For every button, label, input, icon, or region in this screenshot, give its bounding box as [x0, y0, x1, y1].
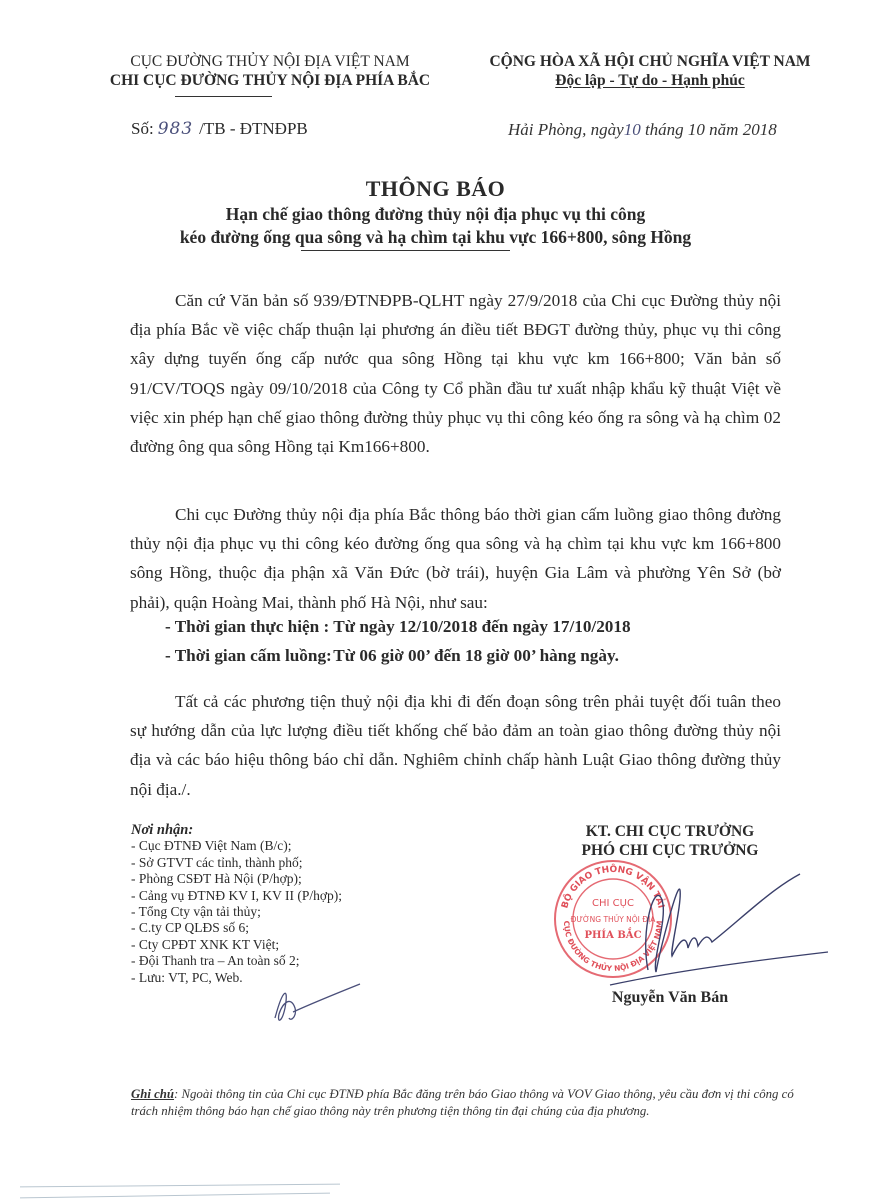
recipient-item: Đội Thanh tra – An toàn số 2; [131, 953, 342, 969]
schedule-label: - Thời gian cấm luồng: [165, 646, 305, 666]
recipient-item: Phòng CSĐT Hà Nội (P/hợp); [131, 871, 342, 887]
paragraph-text: Căn cứ Văn bản số 939/ĐTNĐPB-QLHT ngày 2… [130, 286, 781, 461]
paragraph-text: Tất cả các phương tiện thuỷ nội địa khi … [130, 687, 781, 804]
body-paragraph-2: Chi cục Đường thủy nội địa phía Bắc thôn… [130, 500, 781, 617]
schedule-execution-period: - Thời gian thực hiện : Từ ngày 12/10/20… [165, 617, 631, 637]
handwritten-signature-icon [600, 860, 830, 1000]
national-header: CỘNG HÒA XÃ HỘI CHỦ NGHĨA VIỆT NAM Độc l… [455, 52, 845, 90]
recipient-item: Cty CPĐT XNK KT Việt; [131, 937, 342, 953]
footnote-label: Ghi chú [131, 1087, 174, 1101]
recipient-item: Tổng Cty vận tải thủy; [131, 904, 342, 920]
agency-header: CỤC ĐƯỜNG THỦY NỘI ĐỊA VIỆT NAM CHI CỤC … [70, 52, 470, 90]
schedule-label: - Thời gian thực hiện : [165, 617, 305, 637]
scan-artifact-line [20, 1193, 330, 1199]
subtitle-line-2: kéo đường ống qua sông và hạ chìm tại kh… [0, 226, 871, 248]
footnote: Ghi chú: Ngoài thông tin của Chi cục ĐTN… [131, 1086, 811, 1119]
doc-number-label: Số: [131, 119, 154, 138]
issuing-agency: CHI CỤC ĐƯỜNG THỦY NỘI ĐỊA PHÍA BẮC [70, 71, 470, 90]
signing-authority: KT. CHI CỤC TRƯỞNG [540, 822, 800, 841]
doc-number-handwritten: 983 [158, 119, 193, 139]
schedule-value: Từ ngày 12/10/2018 đến ngày 17/10/2018 [333, 617, 630, 636]
signature-block-title: KT. CHI CỤC TRƯỞNG PHÓ CHI CỤC TRƯỞNG [540, 822, 800, 860]
recipient-item: Cảng vụ ĐTNĐ KV I, KV II (P/hợp); [131, 888, 342, 904]
schedule-closure-hours: - Thời gian cấm luồng: Từ 06 giờ 00’ đến… [165, 646, 619, 666]
doc-number-suffix: /TB - ĐTNĐPB [199, 119, 308, 138]
recipient-item: Cục ĐTNĐ Việt Nam (B/c); [131, 838, 342, 854]
body-paragraph-1: Căn cứ Văn bản số 939/ĐTNĐPB-QLHT ngày 2… [130, 286, 781, 461]
country-name: CỘNG HÒA XÃ HỘI CHỦ NGHĨA VIỆT NAM [455, 52, 845, 71]
recipients-items: Cục ĐTNĐ Việt Nam (B/c);Sở GTVT các tỉnh… [131, 838, 342, 986]
place-date-prefix: Hải Phòng, ngày [508, 120, 624, 139]
initials-icon [255, 978, 365, 1028]
recipients-list: Nơi nhận: Cục ĐTNĐ Việt Nam (B/c);Sở GTV… [131, 822, 342, 986]
parent-agency: CỤC ĐƯỜNG THỦY NỘI ĐỊA VIỆT NAM [70, 52, 470, 71]
recipient-item: C.ty CP QLĐS số 6; [131, 920, 342, 936]
footnote-text: : Ngoài thông tin của Chi cục ĐTNĐ phía … [131, 1087, 794, 1118]
body-paragraph-3: Tất cả các phương tiện thuỷ nội địa khi … [130, 687, 781, 804]
recipient-item: Sở GTVT các tỉnh, thành phố; [131, 855, 342, 871]
place-date-suffix: tháng 10 năm 2018 [645, 120, 777, 139]
scan-artifact-line [20, 1184, 340, 1188]
national-motto: Độc lập - Tự do - Hạnh phúc [555, 72, 744, 89]
header-divider [175, 96, 272, 97]
document-number: Số:983/TB - ĐTNĐPB [131, 119, 308, 139]
title-underline [301, 250, 510, 251]
document-title: THÔNG BÁO [0, 176, 871, 202]
paragraph-text: Chi cục Đường thủy nội địa phía Bắc thôn… [130, 500, 781, 617]
signer-name: Nguyễn Văn Bán [540, 989, 800, 1007]
place-and-date: Hải Phòng, ngày10 tháng 10 năm 2018 [508, 120, 777, 140]
day-handwritten: 10 [624, 120, 641, 139]
recipients-heading: Nơi nhận: [131, 822, 342, 838]
schedule-value: Từ 06 giờ 00’ đến 18 giờ 00’ hàng ngày. [333, 646, 619, 665]
subtitle-line-1: Hạn chế giao thông đường thủy nội địa ph… [0, 203, 871, 225]
